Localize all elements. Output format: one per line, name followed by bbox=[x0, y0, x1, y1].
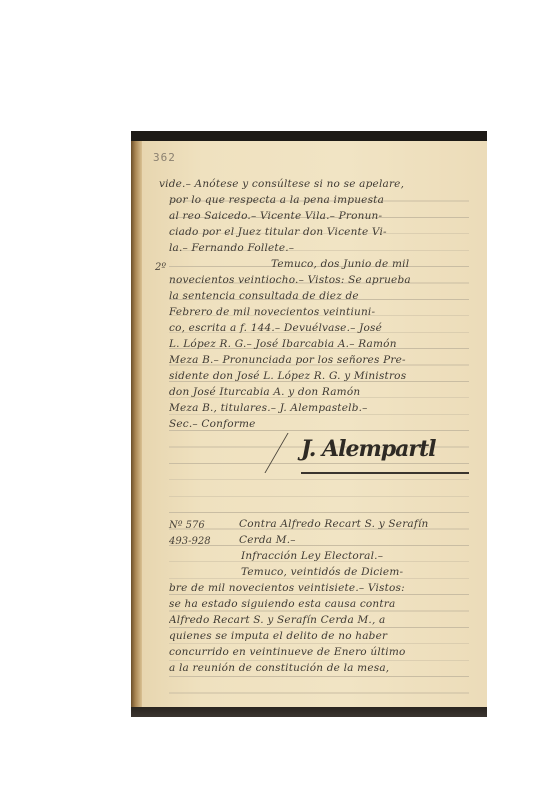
text-line: se ha estado siguiendo esta causa contra bbox=[169, 598, 479, 610]
text-line: Infracción Ley Electoral.– bbox=[241, 550, 479, 562]
text-line: concurrido en veintinueve de Enero últim… bbox=[169, 646, 479, 658]
text-line: Alfredo Recart S. y Serafín Cerda M., a bbox=[169, 614, 479, 626]
text-line: novecientos veintiocho.– Vistos: Se apru… bbox=[169, 274, 479, 286]
text-line: Sec.– Conforme bbox=[169, 418, 289, 430]
ledger-page: 362 vide.– Anótese y consúltese si no se… bbox=[131, 141, 487, 707]
text-line: Temuco, dos Junio de mil bbox=[271, 258, 479, 270]
text-line: la.– Fernando Follete.– bbox=[169, 242, 479, 254]
signature: J. Alempartl bbox=[301, 436, 435, 462]
text-line: la sentencia consultada de diez de bbox=[169, 290, 479, 302]
text-line: al reo Saicedo.– Vicente Vila.– Pronun- bbox=[169, 210, 479, 222]
text-line: por lo que respecta a la pena impuesta bbox=[169, 194, 479, 206]
text-line: Meza B.– Pronunciada por los señores Pre… bbox=[169, 354, 479, 366]
book-bottom-edge bbox=[131, 707, 487, 717]
case-reference: 493-928 bbox=[169, 536, 211, 547]
text-line: Meza B., titulares.– J. Alempastelb.– bbox=[169, 402, 479, 414]
text-line: quienes se imputa el delito de no haber bbox=[169, 630, 479, 642]
book-spine-edge bbox=[131, 141, 142, 707]
text-line: Cerda M.– bbox=[239, 534, 479, 546]
text-line: Contra Alfredo Recart S. y Serafín bbox=[239, 518, 479, 530]
text-line: bre de mil novecientos veintisiete.– Vis… bbox=[169, 582, 479, 594]
document-photo: 362 vide.– Anótese y consúltese si no se… bbox=[131, 131, 487, 717]
case-number: Nº 576 bbox=[169, 520, 205, 531]
text-line: a la reunión de constitución de la mesa, bbox=[169, 662, 479, 674]
text-line: Temuco, veintidós de Diciem- bbox=[241, 566, 479, 578]
text-line: Febrero de mil novecientos veintiuni- bbox=[169, 306, 479, 318]
text-line: sidente don José L. López R. G. y Minist… bbox=[169, 370, 479, 382]
text-line: don José Iturcabia A. y don Ramón bbox=[169, 386, 479, 398]
text-line: L. López R. G.– José Ibarcabia A.– Ramón bbox=[169, 338, 479, 350]
page-number: 362 bbox=[153, 151, 176, 164]
text-line: ciado por el Juez titular don Vicente Vi… bbox=[169, 226, 479, 238]
text-line: vide.– Anótese y consúltese si no se ape… bbox=[159, 178, 479, 190]
signature-underline bbox=[301, 472, 469, 474]
entry-number: 2º bbox=[155, 262, 166, 273]
text-line: co, escrita a f. 144.– Devuélvase.– José bbox=[169, 322, 479, 334]
